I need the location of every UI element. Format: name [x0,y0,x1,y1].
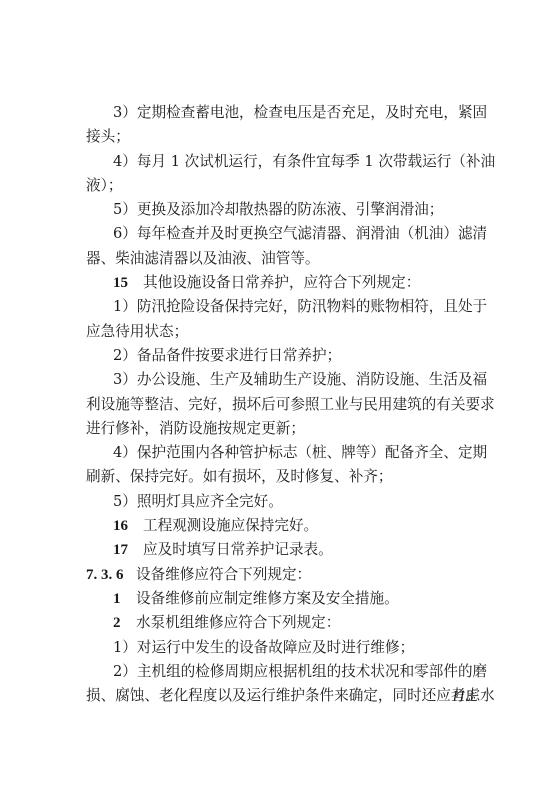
document-page: 3）定期检查蓄电池，检查电压是否充足，及时充电，紧固 接头； 4）每月 1 次试… [0,0,551,789]
paragraph-line: 3）定期检查蓄电池，检查电压是否充足，及时充电，紧固 [86,101,480,125]
clause-item-16: 16工程观测设施应保持完好。 [86,514,480,538]
section-heading-7-3-6: 7. 3. 6设备维修应符合下列规定： [86,563,480,587]
section-text: 设备维修应符合下列规定： [136,566,311,583]
body-text: 3）定期检查蓄电池，检查电压是否充足，及时充电，紧固 接头； 4）每月 1 次试… [86,101,480,708]
clause-item-17: 17应及时填写日常养护记录表。 [86,538,480,562]
page-number: 113 [451,688,474,706]
clause-item-2: 2水泵机组维修应符合下列规定： [86,611,480,635]
paragraph-line: 应急待用状态； [86,320,480,344]
paragraph-line: 损、腐蚀、老化程度以及运行维护条件来确定，同时还应考虑水 [86,684,480,708]
paragraph-line: 液）； [86,174,480,198]
clause-number: 2 [113,611,136,635]
paragraph-line: 刷新、保持完好。如有损坏，及时修复、补齐； [86,465,480,489]
clause-number: 17 [113,538,143,562]
paragraph-line: 4）每月 1 次试机运行，有条件宜每季 1 次带载运行（补油 [86,150,480,174]
clause-number: 16 [113,514,143,538]
clause-number: 1 [113,587,136,611]
paragraph-line: 2）备品备件按要求进行日常养护； [86,344,480,368]
paragraph-line: 5）照明灯具应齐全完好。 [86,490,480,514]
paragraph-line: 2）主机组的检修周期应根据机组的技术状况和零部件的磨 [86,660,480,684]
paragraph-line: 1）对运行中发生的设备故障应及时进行维修； [86,636,480,660]
clause-item-15: 15其他设施设备日常养护，应符合下列规定： [86,271,480,295]
paragraph-line: 器、柴油滤清器以及油液、油管等。 [86,247,480,271]
paragraph-line: 利设施等整洁、完好，损坏后可参照工业与民用建筑的有关要求 [86,393,480,417]
clause-text: 应及时填写日常养护记录表。 [143,541,333,558]
paragraph-line: 1）防汛抢险设备保持完好，防汛物料的账物相符，且处于 [86,295,480,319]
clause-text: 水泵机组维修应符合下列规定： [136,614,340,631]
section-number: 7. 3. 6 [86,563,136,587]
paragraph-line: 进行修补，消防设施按规定更新； [86,417,480,441]
paragraph-line: 3）办公设施、生产及辅助生产设施、消防设施、生活及福 [86,368,480,392]
clause-item-1: 1设备维修前应制定维修方案及安全措施。 [86,587,480,611]
clause-text: 其他设施设备日常养护，应符合下列规定： [143,274,420,291]
paragraph-line: 4）保护范围内各种管护标志（桩、牌等）配备齐全、定期 [86,441,480,465]
clause-number: 15 [113,271,143,295]
paragraph-line: 5）更换及添加冷却散热器的防冻液、引擎润滑油； [86,198,480,222]
clause-text: 设备维修前应制定维修方案及安全措施。 [136,590,399,607]
paragraph-line: 6）每年检查并及时更换空气滤清器、润滑油（机油）滤清 [86,222,480,246]
clause-text: 工程观测设施应保持完好。 [143,517,318,534]
paragraph-line: 接头； [86,125,480,149]
